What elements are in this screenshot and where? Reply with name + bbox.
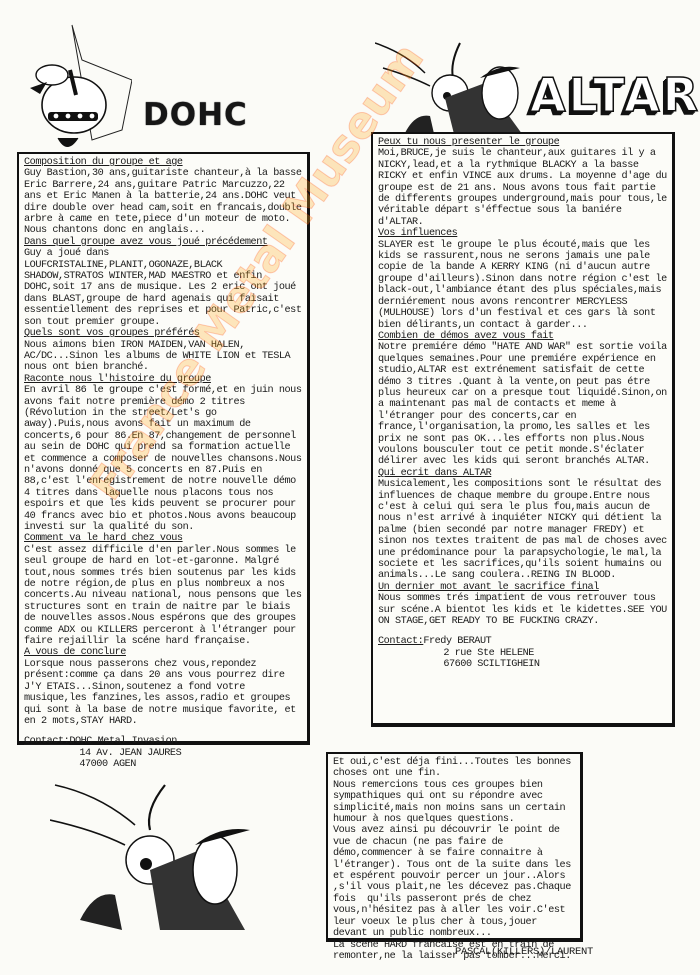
- interview-question: Raconte nous l'histoire du groupe: [24, 374, 302, 385]
- interview-answer: Lorsque nous passerons chez vous,reponde…: [24, 659, 302, 727]
- contact-label: Contact:: [24, 736, 69, 770]
- interview-answer: Nous aimons bien IRON MAIDEN,VAN HALEN, …: [24, 340, 302, 374]
- interview-question: Combien de démos avez vous fait: [378, 331, 667, 342]
- contact-line: 47000 AGEN: [69, 759, 181, 770]
- conclusion-box: Et oui,c'est déja fini...Toutes les bonn…: [326, 752, 583, 942]
- dohc-contact: Contact: DOHC Metal Invasion 14 Av. JEAN…: [24, 736, 302, 770]
- contact-line: DOHC Metal Invasion: [69, 736, 181, 747]
- contact-line: Fredy BERAUT: [423, 636, 539, 647]
- contact-line: 14 Av. JEAN JAURES: [69, 748, 181, 759]
- interview-answer: Musicalement,les compositions sont le ré…: [378, 479, 667, 582]
- altar-logo: ALTAR: [530, 68, 700, 122]
- interview-question: Composition du groupe et age: [24, 157, 302, 168]
- interview-question: Comment va le hard chez vous: [24, 533, 302, 544]
- contact-line: 67600 SCILTIGHEIN: [423, 659, 539, 670]
- fanzine-page: DOHC ALTAR Composition du groupe et ageG…: [0, 0, 700, 975]
- dohc-interview-text: Composition du groupe et ageGuy Bastion,…: [24, 157, 302, 727]
- cartoon-viking-illustration: [375, 38, 540, 138]
- contact-label: Contact:: [378, 636, 423, 670]
- altar-contact: Contact: Fredy BERAUT 2 rue Ste HELENE 6…: [378, 636, 667, 670]
- cartoon-viking-bottom-illustration: [50, 770, 250, 935]
- interview-answer: Guy a joué dans LOUFCRISTALINE,PLANIT,OG…: [24, 248, 302, 328]
- interview-answer: Guy Bastion,30 ans,guitariste chanteur,à…: [24, 168, 302, 236]
- cartoon-obelix-illustration: [12, 20, 132, 155]
- interview-question: Peux tu nous presenter le groupe: [378, 137, 667, 148]
- altar-interview-text: Peux tu nous presenter le groupeMoi,BRUC…: [378, 137, 667, 627]
- altar-interview-box: Peux tu nous presenter le groupeMoi,BRUC…: [371, 132, 675, 727]
- interview-answer: Nous sommes trés impatient de vous retro…: [378, 593, 667, 627]
- dohc-logo: DOHC: [143, 97, 248, 133]
- interview-answer: En avril 86 le groupe c'est formé,et en …: [24, 385, 302, 533]
- interview-question: Qui ecrit dans ALTAR: [378, 468, 667, 479]
- interview-answer: SLAYER est le groupe le plus écouté,mais…: [378, 240, 667, 331]
- interview-answer: Notre premiére démo "HATE AND WAR" est s…: [378, 342, 667, 467]
- conclusion-paragraph: Vous avez ainsi pu découvrir le point de…: [333, 825, 575, 939]
- interview-answer: Moi,BRUCE,je suis le chanteur,aux guitar…: [378, 148, 667, 228]
- conclusion-paragraph: Nous remercions tous ces groupes bien sy…: [333, 780, 575, 826]
- interview-question: A vous de conclure: [24, 647, 302, 658]
- interview-question: Un dernier mot avant le sacrifice final: [378, 582, 667, 593]
- interview-question: Vos influences: [378, 228, 667, 239]
- conclusion-paragraph: Et oui,c'est déja fini...Toutes les bonn…: [333, 757, 575, 780]
- interview-question: Quels sont vos groupes préférés: [24, 328, 302, 339]
- conclusion-text: Et oui,c'est déja fini...Toutes les bonn…: [333, 757, 575, 962]
- interview-answer: C'est assez difficile d'en parler.Nous s…: [24, 545, 302, 648]
- dohc-interview-box: Composition du groupe et ageGuy Bastion,…: [17, 152, 310, 745]
- author-signature: PASCAL(KILLERS)/LAURENT: [455, 946, 593, 958]
- interview-question: Dans quel groupe avez vous joué précédem…: [24, 237, 302, 248]
- contact-line: 2 rue Ste HELENE: [423, 648, 539, 659]
